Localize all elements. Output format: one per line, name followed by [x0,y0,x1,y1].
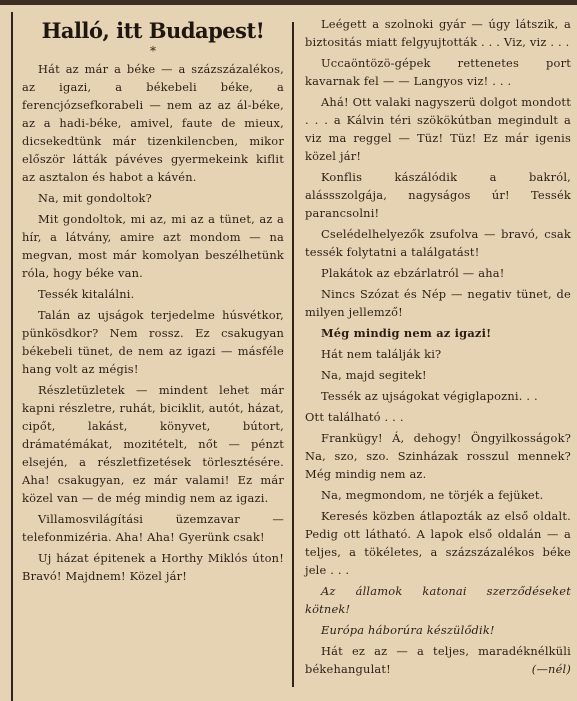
paragraph: Konflis kászálódik a bakról, alássszolgá… [305,168,571,225]
article-title: Halló, itt Budapest! [22,19,284,43]
paragraph: Na, megmondom, ne törjék a fejüket. [305,486,571,507]
paragraph: Részletüzletek — mindent lehet már kapni… [22,381,284,510]
paragraph: Az államok katonai szerződéseket kötnek! [305,582,571,621]
left-column: Halló, itt Budapest! * Hát az már a béke… [22,0,284,588]
separator-star: * [22,44,284,60]
paragraph: Tessék kitalálni. [22,285,284,306]
paragraph: Európa háborúra készülődik! [305,621,571,642]
paragraph: Keresés közben átlapozták az első oldalt… [305,507,571,582]
author-signature: (—nél) [516,660,571,678]
paragraph: Ahá! Ott valaki nagyszerü dolgot mondott… [305,93,571,168]
closing-paragraph: Hát ez az — a teljes, maradéknélküli bék… [305,642,571,681]
paragraph: Talán az ujságok terjedelme húsvétkor, p… [22,306,284,381]
paragraph: Uj házat épitenek a Horthy Miklós úton! … [22,549,284,588]
paragraph: Uccaöntözö-gépek rettenetes port kavarna… [305,54,571,93]
right-column: Leégett a szolnoki gyár — úgy látszik, a… [305,15,571,681]
paragraph: Na, mit gondoltok? [22,189,284,210]
paragraph: Frankügy! Á, dehogy! Öngyilkosságok? Na,… [305,429,571,486]
paragraph: Mit gondoltok, mi az, mi az a tünet, az … [22,210,284,285]
paragraph: Hát nem találják ki? [305,345,571,366]
paragraph: Villamosvilágítási üzemzavar — telefonmi… [22,510,284,549]
paragraph: Hát az már a béke — a százszázalékos, az… [22,60,284,189]
paragraph: Még mindig nem az igazi! [305,324,571,345]
left-column-rule [11,12,13,701]
paragraph: Ott található . . . [305,408,571,429]
column-divider-rule [292,22,294,687]
paragraph: Nincs Szózat és Nép — negativ tünet, de … [305,285,571,324]
paragraph: Cselédelhelyezők zsufolva — bravó, csak … [305,225,571,264]
paragraph: Tessék az ujságokat végiglapozni. . . [305,387,571,408]
paragraph: Na, majd segitek! [305,366,571,387]
paragraph: Plakátok az ebzárlatról — aha! [305,264,571,285]
paragraph: Leégett a szolnoki gyár — úgy látszik, a… [305,15,571,54]
